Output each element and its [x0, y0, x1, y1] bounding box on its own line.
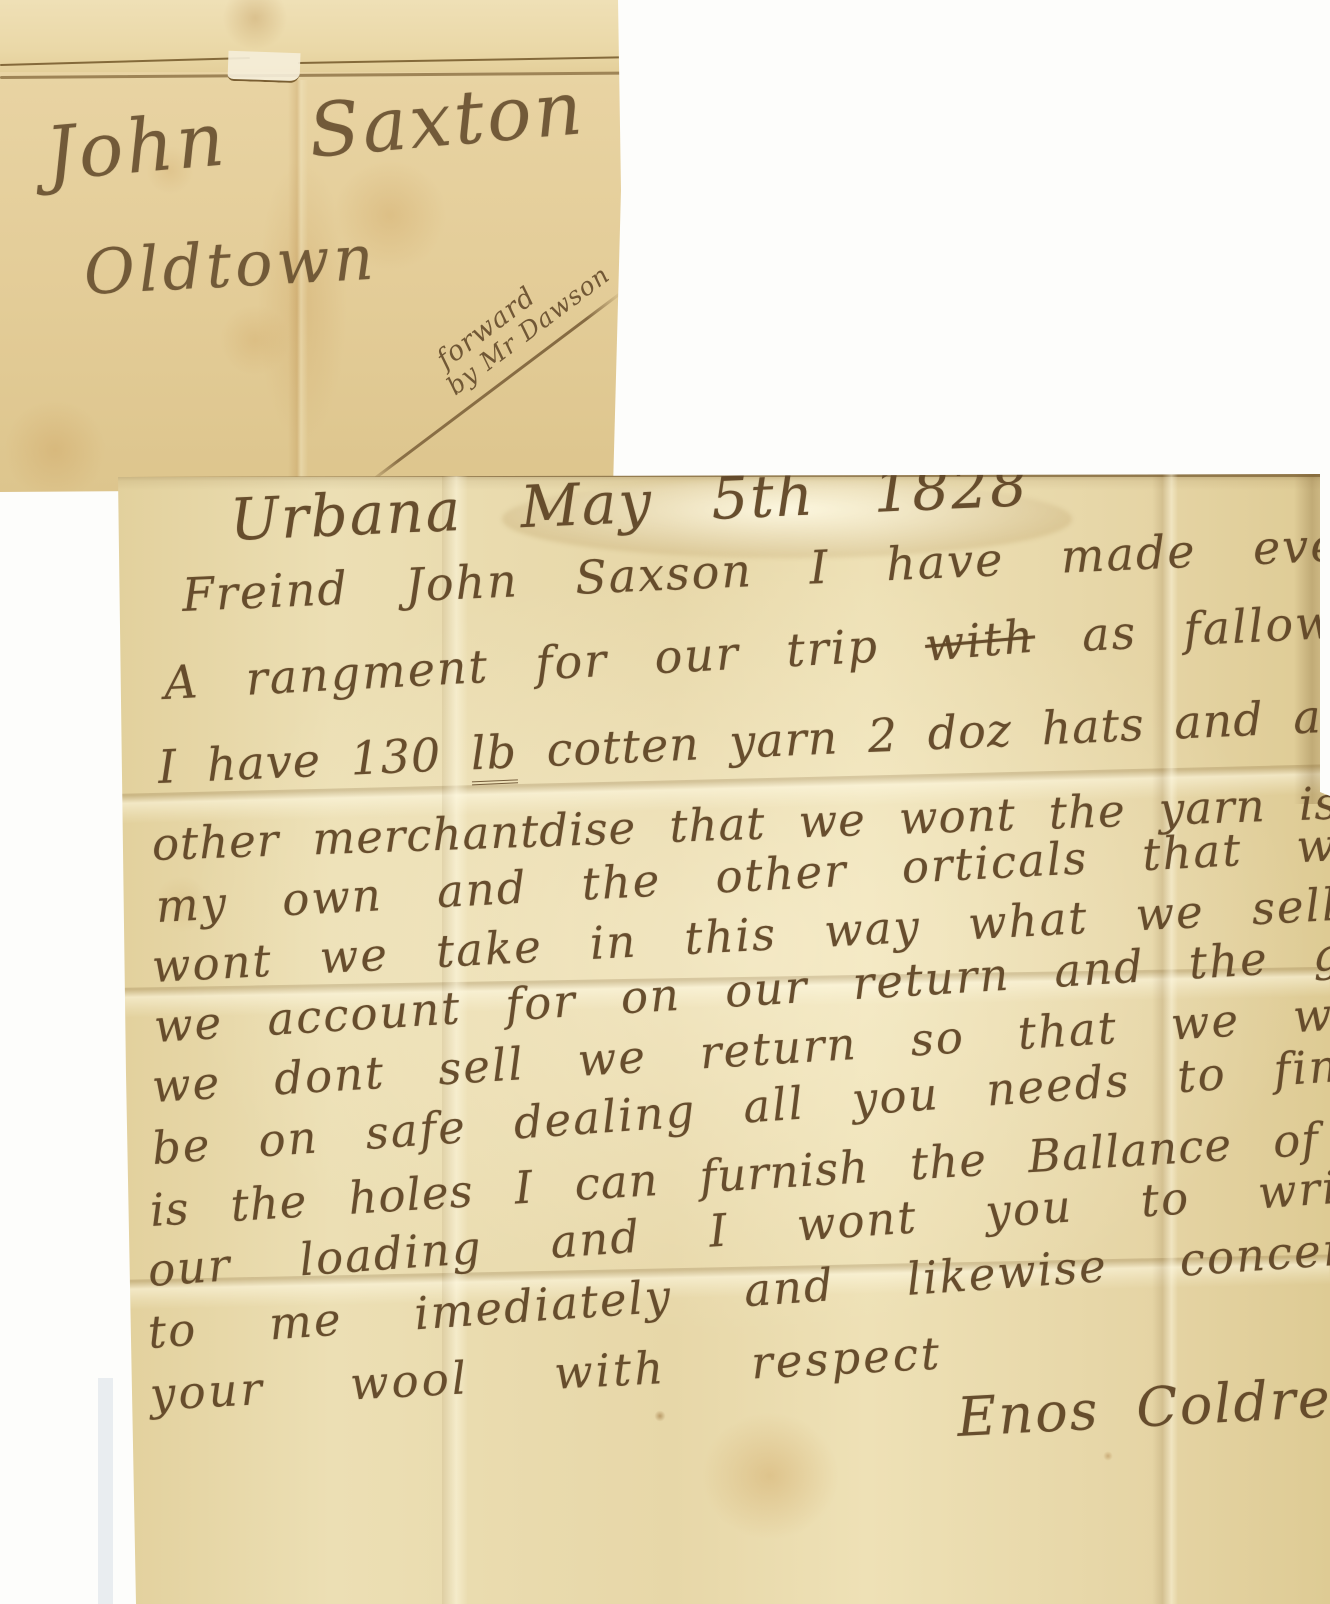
- signature: Enos Coldren: [955, 1364, 1330, 1448]
- letter-line-text: A rangment for our trip: [163, 619, 881, 710]
- crossed-out-word: with: [923, 609, 1037, 672]
- envelope-address-leaf: John Saxton Oldtown forward by Mr Dawson: [0, 0, 622, 492]
- underlined-unit: lb: [470, 724, 519, 785]
- letter-page: Urbana May 5th 1828 Freind John Saxson I…: [112, 474, 1330, 1604]
- address-town: Oldtown: [82, 221, 379, 309]
- letter-line-text: cotten yarn 2 doz hats and any: [545, 687, 1330, 777]
- letter-line-text: as fallows: [1081, 593, 1330, 662]
- scan-edge-artifact: [98, 1378, 113, 1604]
- scanned-letter-canvas: John Saxton Oldtown forward by Mr Dawson…: [0, 0, 1330, 1604]
- envelope-torn-notch: [227, 51, 300, 83]
- address-recipient-name: John Saxton: [42, 65, 588, 198]
- letter-line-text: I have 130: [157, 728, 443, 794]
